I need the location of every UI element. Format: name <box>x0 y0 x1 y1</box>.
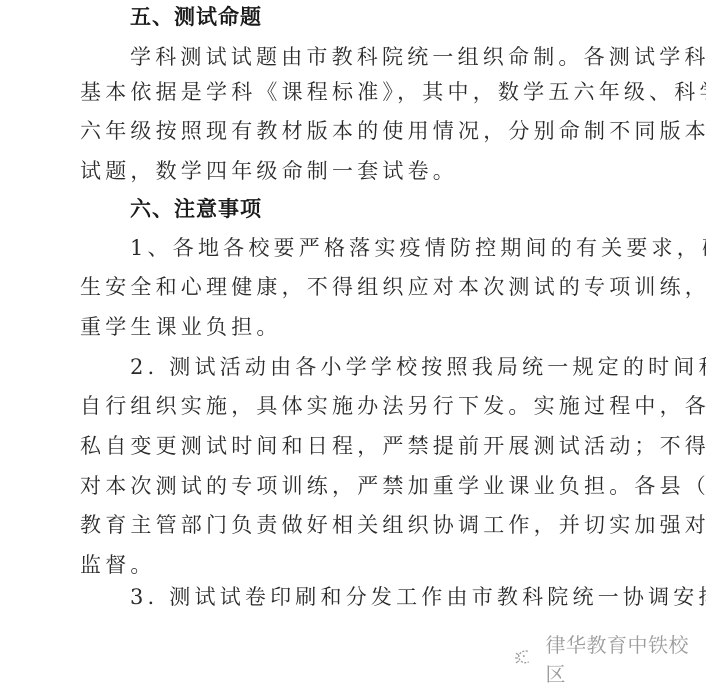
paragraph-line: 重学生课业负担。 <box>80 307 282 347</box>
paragraph-line: 生安全和心理健康，不得组织应对本次测试的专项训练，严禁加 <box>80 267 706 307</box>
wechat-icon <box>514 647 539 669</box>
watermark-text: 律华教育中铁校区 <box>545 629 706 687</box>
section-heading-notes: 六、注意事项 <box>130 189 262 229</box>
paragraph-line: 试题，数学四年级命制一套试卷。 <box>80 151 458 191</box>
section-heading-test-questions: 五、测试命题 <box>130 0 262 37</box>
paragraph-line: 教育主管部门负责做好相关组织协调工作，并切实加强对学校的 <box>80 505 706 545</box>
paragraph-line: 学科测试试题由市教科院统一组织命制。各测试学科命题的 <box>130 37 706 77</box>
wechat-watermark: 律华教育中铁校区 <box>514 643 706 673</box>
paragraph-line: 基本依据是学科《课程标准》，其中，数学五六年级、科学四五 <box>80 72 706 112</box>
paragraph-line: 对本次测试的专项训练，严禁加重学业课业负担。各县（市）区 <box>80 466 706 506</box>
paragraph-line: 私自变更测试时间和日程，严禁提前开展测试活动；不得组织应 <box>80 426 706 466</box>
paragraph-line: 六年级按照现有教材版本的使用情况，分别命制不同版本的两套 <box>80 111 706 151</box>
paragraph-line: 自行组织实施，具体实施办法另行下发。实施过程中，各校不得 <box>80 386 706 426</box>
paragraph-line: 3. 测试试卷印刷和分发工作由市教科院统一协调安排。测 <box>130 577 706 617</box>
paragraph-line: 2. 测试活动由各小学学校按照我局统一规定的时间和日程 <box>130 347 706 387</box>
paragraph-line: 1、各地各校要严格落实疫情防控期间的有关要求，确保学 <box>130 228 706 268</box>
